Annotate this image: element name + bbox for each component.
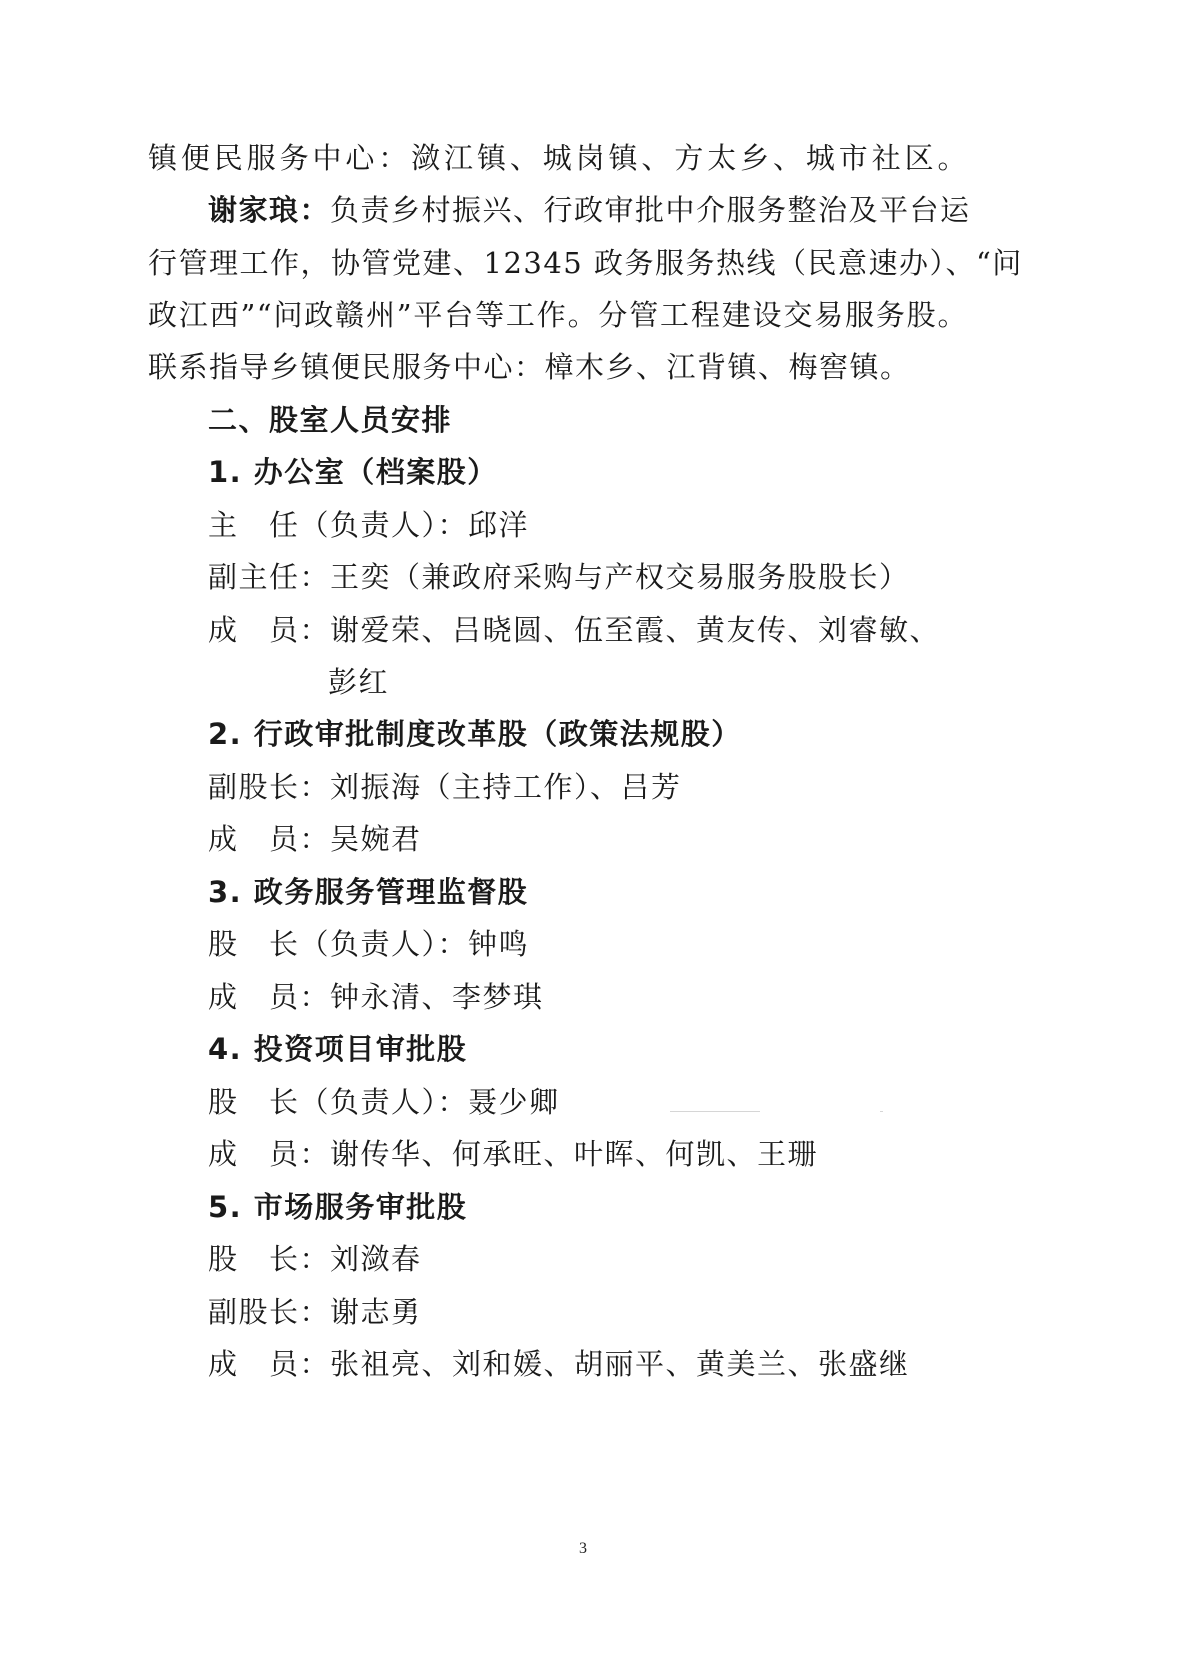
staff-names: 邱洋	[468, 508, 529, 542]
staff-names: 王奕（兼政府采购与产权交易服务股股长）	[330, 560, 910, 594]
staff-names: 钟鸣	[468, 927, 529, 961]
staff-row-continuation: 彭红	[328, 662, 389, 702]
scan-artifact	[670, 1111, 760, 1112]
staff-names: 刘潋春	[330, 1242, 422, 1276]
department-title: 2. 行政审批制度改革股（政策法规股）	[208, 714, 742, 754]
department-title: 5. 市场服务审批股	[208, 1187, 467, 1227]
role-label: 副股长：	[208, 1295, 330, 1329]
paragraph-line: 行管理工作，协管党建、12345 政务服务热线（民意速办）、“问	[148, 243, 968, 283]
staff-names: 刘振海（主持工作）、吕芳	[330, 770, 682, 804]
staff-names: 钟永清、李梦琪	[330, 980, 544, 1014]
staff-names: 谢传华、何承旺、叶晖、何凯、王珊	[330, 1137, 818, 1171]
role-label: 股 长：	[208, 1242, 330, 1276]
staff-row: 成 员：谢传华、何承旺、叶晖、何凯、王珊	[208, 1134, 818, 1174]
role-label: 成 员：	[208, 613, 330, 647]
paragraph-line: 政江西”“问政赣州”平台等工作。分管工程建设交易服务股。	[148, 295, 968, 335]
person-name: 谢家琅：	[208, 193, 330, 227]
paragraph-line: 联系指导乡镇便民服务中心：樟木乡、江背镇、梅窖镇。	[148, 347, 911, 387]
role-label: 成 员：	[208, 1137, 330, 1171]
paragraph-text: 负责乡村振兴、行政审批中介服务整治及平台运	[330, 193, 971, 227]
staff-row: 股 长（负责人）：聂少卿	[208, 1082, 560, 1122]
staff-row: 成 员：谢爱荣、吕晓圆、伍至霞、黄友传、刘睿敏、	[208, 610, 940, 650]
staff-names: 张祖亮、刘和媛、胡丽平、黄美兰、张盛继	[330, 1347, 910, 1381]
staff-names: 谢志勇	[330, 1295, 422, 1329]
staff-names: 聂少卿	[468, 1085, 560, 1119]
staff-row: 副主任：王奕（兼政府采购与产权交易服务股股长）	[208, 557, 910, 597]
staff-row: 副股长：刘振海（主持工作）、吕芳	[208, 767, 682, 807]
staff-names: 谢爱荣、吕晓圆、伍至霞、黄友传、刘睿敏、	[330, 613, 940, 647]
department-title: 1. 办公室（档案股）	[208, 452, 498, 492]
role-label: 成 员：	[208, 980, 330, 1014]
section-heading: 二、股室人员安排	[208, 400, 452, 440]
staff-row: 成 员：张祖亮、刘和媛、胡丽平、黄美兰、张盛继	[208, 1344, 910, 1384]
role-label: 副主任：	[208, 560, 330, 594]
role-label: 成 员：	[208, 1347, 330, 1381]
staff-row: 股 长：刘潋春	[208, 1239, 422, 1279]
document-page: 镇便民服务中心：潋江镇、城岗镇、方太乡、城市社区。 谢家琅：负责乡村振兴、行政审…	[0, 0, 1179, 1658]
staff-row: 副股长：谢志勇	[208, 1292, 422, 1332]
staff-row: 成 员：吴婉君	[208, 819, 422, 859]
staff-row: 股 长（负责人）：钟鸣	[208, 924, 529, 964]
paragraph-line: 谢家琅：负责乡村振兴、行政审批中介服务整治及平台运	[208, 190, 968, 230]
staff-row: 主 任（负责人）：邱洋	[208, 505, 529, 545]
scan-artifact	[880, 1111, 883, 1112]
page-number: 3	[579, 1540, 587, 1558]
role-label: 成 员：	[208, 822, 330, 856]
department-title: 3. 政务服务管理监督股	[208, 872, 528, 912]
role-label: 股 长（负责人）：	[208, 927, 468, 961]
role-label: 股 长（负责人）：	[208, 1085, 468, 1119]
staff-names: 吴婉君	[330, 822, 422, 856]
role-label: 主 任（负责人）：	[208, 508, 468, 542]
department-title: 4. 投资项目审批股	[208, 1029, 467, 1069]
staff-row: 成 员：钟永清、李梦琪	[208, 977, 544, 1017]
role-label: 副股长：	[208, 770, 330, 804]
paragraph-line: 镇便民服务中心：潋江镇、城岗镇、方太乡、城市社区。	[148, 138, 968, 178]
